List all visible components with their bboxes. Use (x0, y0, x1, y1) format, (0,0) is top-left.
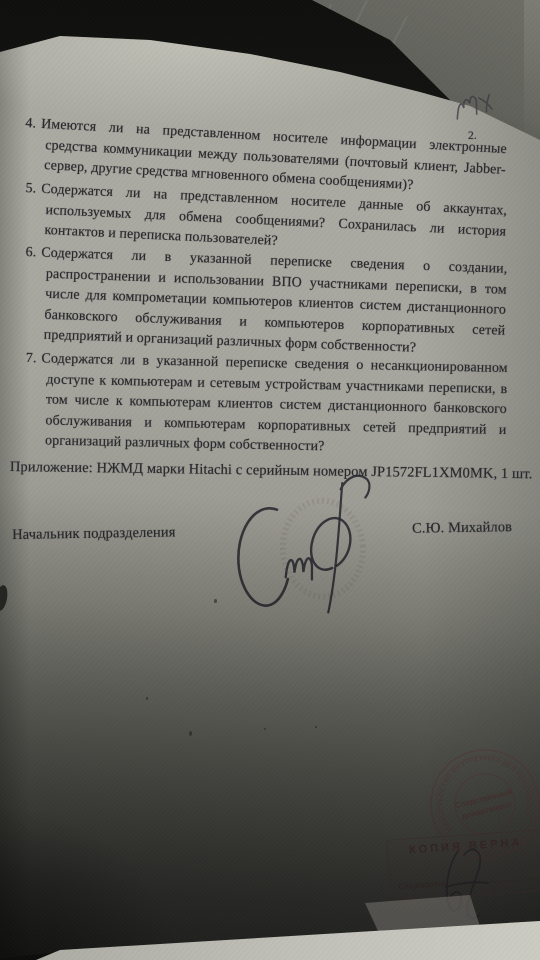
signature-autograph (223, 467, 384, 637)
signatory-position: Начальник подразделения (12, 524, 176, 544)
question-item-7: 7.Содержатся ли в указанной переписке св… (24, 349, 508, 462)
question-text: Содержатся ли в указанной переписке свед… (41, 351, 508, 454)
question-text: Имеются ли на представленном носителе ин… (41, 117, 507, 193)
question-number: 7. (26, 350, 37, 365)
question-number: 5. (25, 180, 36, 195)
question-number: 4. (25, 116, 36, 132)
signatory-name: С.Ю. Михайлов (412, 519, 512, 538)
document-photo: 2. 4.Имеются ли на представленном носите… (0, 0, 540, 960)
questions-list: 4.Имеются ли на представленном носителе … (26, 114, 508, 454)
document-content: 2. 4.Имеются ли на представленном носите… (0, 0, 540, 960)
question-text: Содержатся ли в указанной переписке свед… (41, 246, 508, 356)
question-item-6: 6.Содержатся ли в указанной переписке св… (22, 243, 507, 362)
question-number: 6. (25, 245, 36, 260)
